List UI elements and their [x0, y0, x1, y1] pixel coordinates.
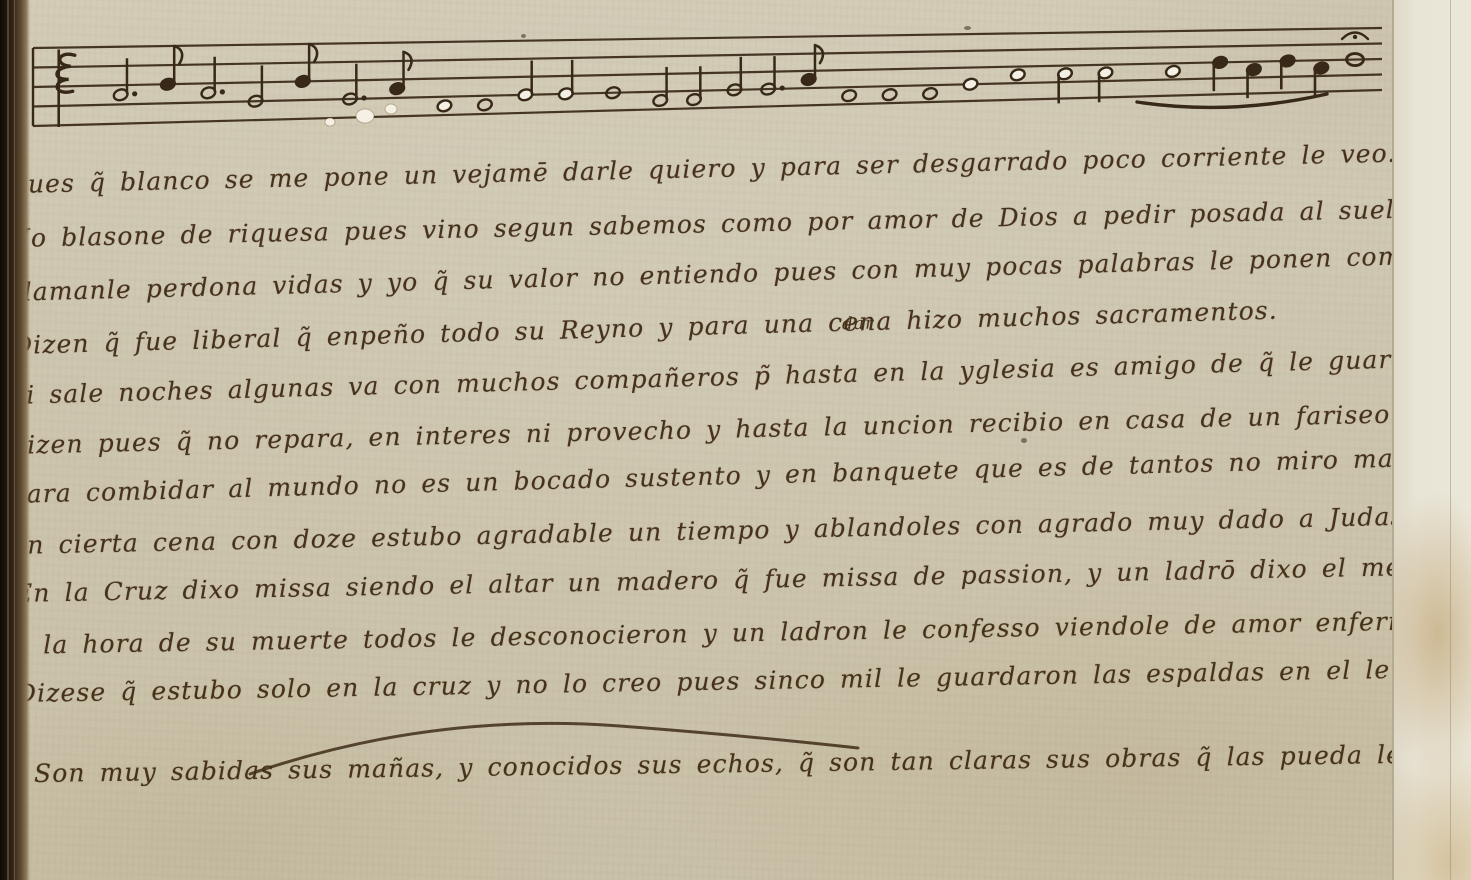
interlinear-insertion: dar: [842, 313, 875, 334]
ink-speck: [1021, 438, 1027, 443]
next-folio-edge: [1392, 0, 1471, 880]
verse-line-4: Dizen q̃ fue liberal q̃ enpeño todo su R…: [12, 296, 1279, 360]
verse-block: Pues q̃ blanco se me pone un vejamē darl…: [0, 0, 1471, 880]
verse-line-11: Dizese q̃ estubo solo en la cruz y no lo…: [16, 654, 1433, 708]
ink-speck: [521, 34, 526, 38]
ink-speck: [964, 26, 971, 30]
verse-line-12: Son muy sabidas sus mañas, y conocidos s…: [34, 737, 1471, 788]
binding-edge: [0, 0, 30, 880]
verse-line-9: En la Cruz dixo missa siendo el altar un…: [14, 551, 1471, 608]
manuscript-page: Pues q̃ blanco se me pone un vejamē darl…: [0, 0, 1471, 880]
verse-line-8: En cierta cena con doze estubo agradable…: [8, 499, 1471, 560]
verse-line-1: Pues q̃ blanco se me pone un vejamē darl…: [10, 139, 1397, 199]
verse-line-2: No blasone de riquesa pues vino segun sa…: [8, 194, 1420, 253]
verse-line-10: A la hora de su muerte todos le desconoc…: [10, 606, 1438, 660]
